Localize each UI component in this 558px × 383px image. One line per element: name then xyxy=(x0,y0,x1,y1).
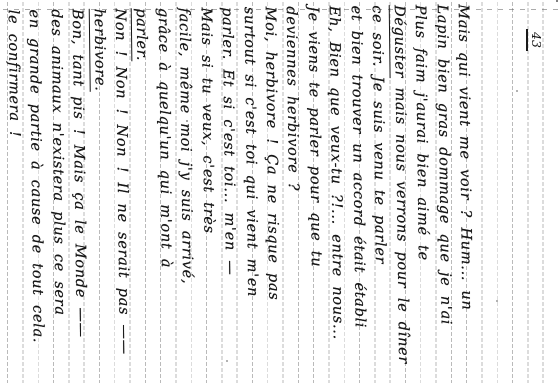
handwriting-line: Lapin bien gras dommage que je n'ai xyxy=(430,4,456,378)
handwriting-line: Non ! Non ! Non ! Il ne serait pas —— xyxy=(108,8,134,382)
handwriting-line: et bien trouver un accord était établi xyxy=(344,5,370,379)
scanned-page: 43 Mais qui vient me voir ? Hum... unLap… xyxy=(0,0,558,383)
handwriting-line: le confirmera ! xyxy=(1,10,27,383)
handwriting-block: Mais qui vient me voir ? Hum... unLapin … xyxy=(1,4,477,383)
handwriting-line: des animaux n'existera plus ce sera xyxy=(44,9,70,383)
page-number: 43 xyxy=(526,29,544,51)
handwriting-line: Je viens te parler pour que tu xyxy=(301,6,327,380)
handwriting-line: herbivore. xyxy=(87,9,113,383)
handwriting-line: Déguster mais nous verrons pour le dîner xyxy=(387,5,413,379)
manuscript-page: 43 Mais qui vient me voir ? Hum... unLap… xyxy=(0,0,558,383)
